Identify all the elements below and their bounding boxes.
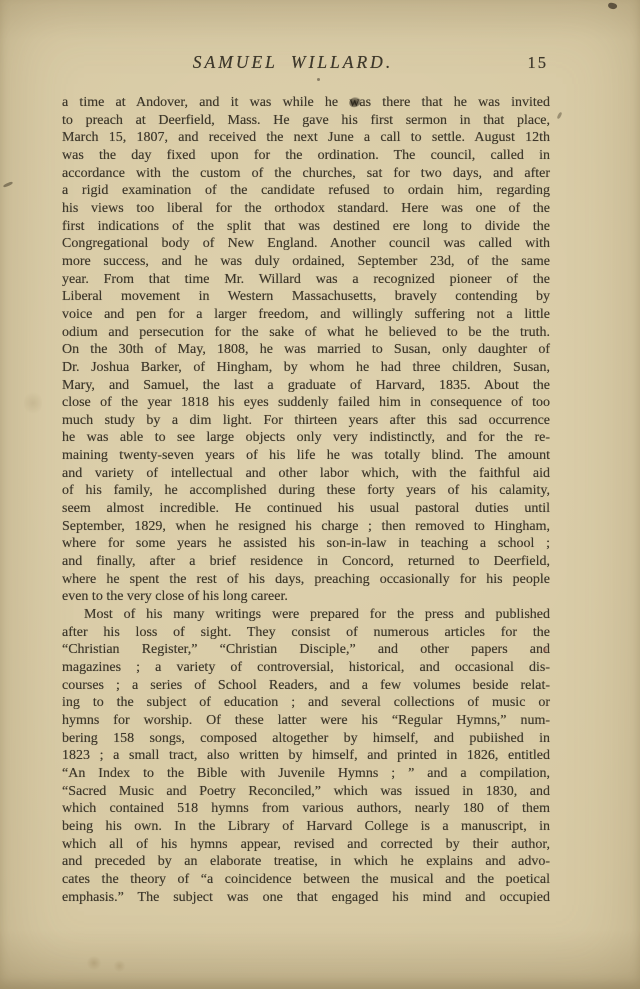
paragraph-continued: a time at Andover, and it was while he w… [62,94,550,606]
text-line: first indications of the split that was … [62,218,550,236]
text-line: emphasis.” The subject was one that enga… [62,889,550,907]
running-title: SAMUEL WILLARD. [62,52,524,73]
text-line: more success, and he was duly ordained, … [62,253,550,271]
text-line: magazines ; a variety of controversial, … [62,659,550,677]
scan-speck [317,78,320,81]
scan-speck [3,181,13,188]
text-line: being his own. In the Library of Harvard… [62,818,550,836]
paper-stain [113,960,126,972]
paper-stain [86,956,102,970]
text-line: bering 158 songs, composed altogether by… [62,730,550,748]
running-header: SAMUEL WILLARD. 15 [62,52,550,76]
text-line: accordance with the custom of the church… [62,165,550,183]
text-line: a time at Andover, and it was while he w… [62,94,550,112]
text-line: after his loss of sight. They consist of… [62,624,550,642]
text-line: maining twenty-seven years of his life h… [62,447,550,465]
text-line: a rigid examination of the candidate ref… [62,182,550,200]
text-line: he was able to see large objects only ve… [62,429,550,447]
paper-stain [24,390,42,416]
text-line: “Christian Register,” “Christian Discipl… [62,641,550,659]
paragraph-writings: Most of his many writings were prepared … [62,606,550,906]
text-line: Mary, and Samuel, the last a graduate of… [62,377,550,395]
text-line: Dr. Joshua Barker, of Hingham, by whom h… [62,359,550,377]
text-line: and finally, after a brief residence in … [62,553,550,571]
text-line: much study by a dim light. For thirteen … [62,412,550,430]
text-line: even to the very close of his long caree… [62,588,550,606]
text-line: which contained 518 hymns from various a… [62,800,550,818]
book-page: SAMUEL WILLARD. 15 a time at Andover, an… [0,0,640,989]
text-line: On the 30th of May, 1808, he was married… [62,341,550,359]
page-number: 15 [528,53,549,73]
text-line: and variety of intellectual and other la… [62,465,550,483]
text-line: “Sacred Music and Poetry Reconciled,” wh… [62,783,550,801]
text-line: of his family, he accomplished during th… [62,482,550,500]
text-line: his views too liberal for the orthodox s… [62,200,550,218]
text-line: and preceded by an elaborate treatise, i… [62,853,550,871]
text-line: where for some years he assisted his son… [62,535,550,553]
text-line: where he spent the rest of his days, pre… [62,571,550,589]
text-line: ing to the subject of education ; and se… [62,694,550,712]
text-line: courses ; a series of School Readers, an… [62,677,550,695]
text-line: hymns for worship. Of these latter were … [62,712,550,730]
text-line: was the day fixed upon for the ordinatio… [62,147,550,165]
text-line: odium and persecution for the sake of wh… [62,324,550,342]
text-line: voice and pen for a larger freedom, and … [62,306,550,324]
scan-speck [607,2,617,10]
text-line: year. From that time Mr. Willard was a r… [62,271,550,289]
text-line: Most of his many writings were prepared … [62,606,550,624]
text-line: Congregational body of New England. Anot… [62,235,550,253]
text-line: Liberal movement in Western Massachusett… [62,288,550,306]
text-line: 1823 ; a small tract, also written by hi… [62,747,550,765]
text-line: “An Index to the Bible with Juvenile Hym… [62,765,550,783]
text-line: to preach at Deerfield, Mass. He gave hi… [62,112,550,130]
scan-speck [557,112,563,120]
text-line: close of the year 1818 his eyes suddenly… [62,394,550,412]
text-line: September, 1829, when he resigned his ch… [62,518,550,536]
text-line: March 15, 1807, and received the next Ju… [62,129,550,147]
text-line: seem almost incredible. He continued his… [62,500,550,518]
text-line: which all of his hymns appear, revised a… [62,836,550,854]
text-line: cates the theory of “a coincidence betwe… [62,871,550,889]
body-text: a time at Andover, and it was while he w… [62,94,550,906]
